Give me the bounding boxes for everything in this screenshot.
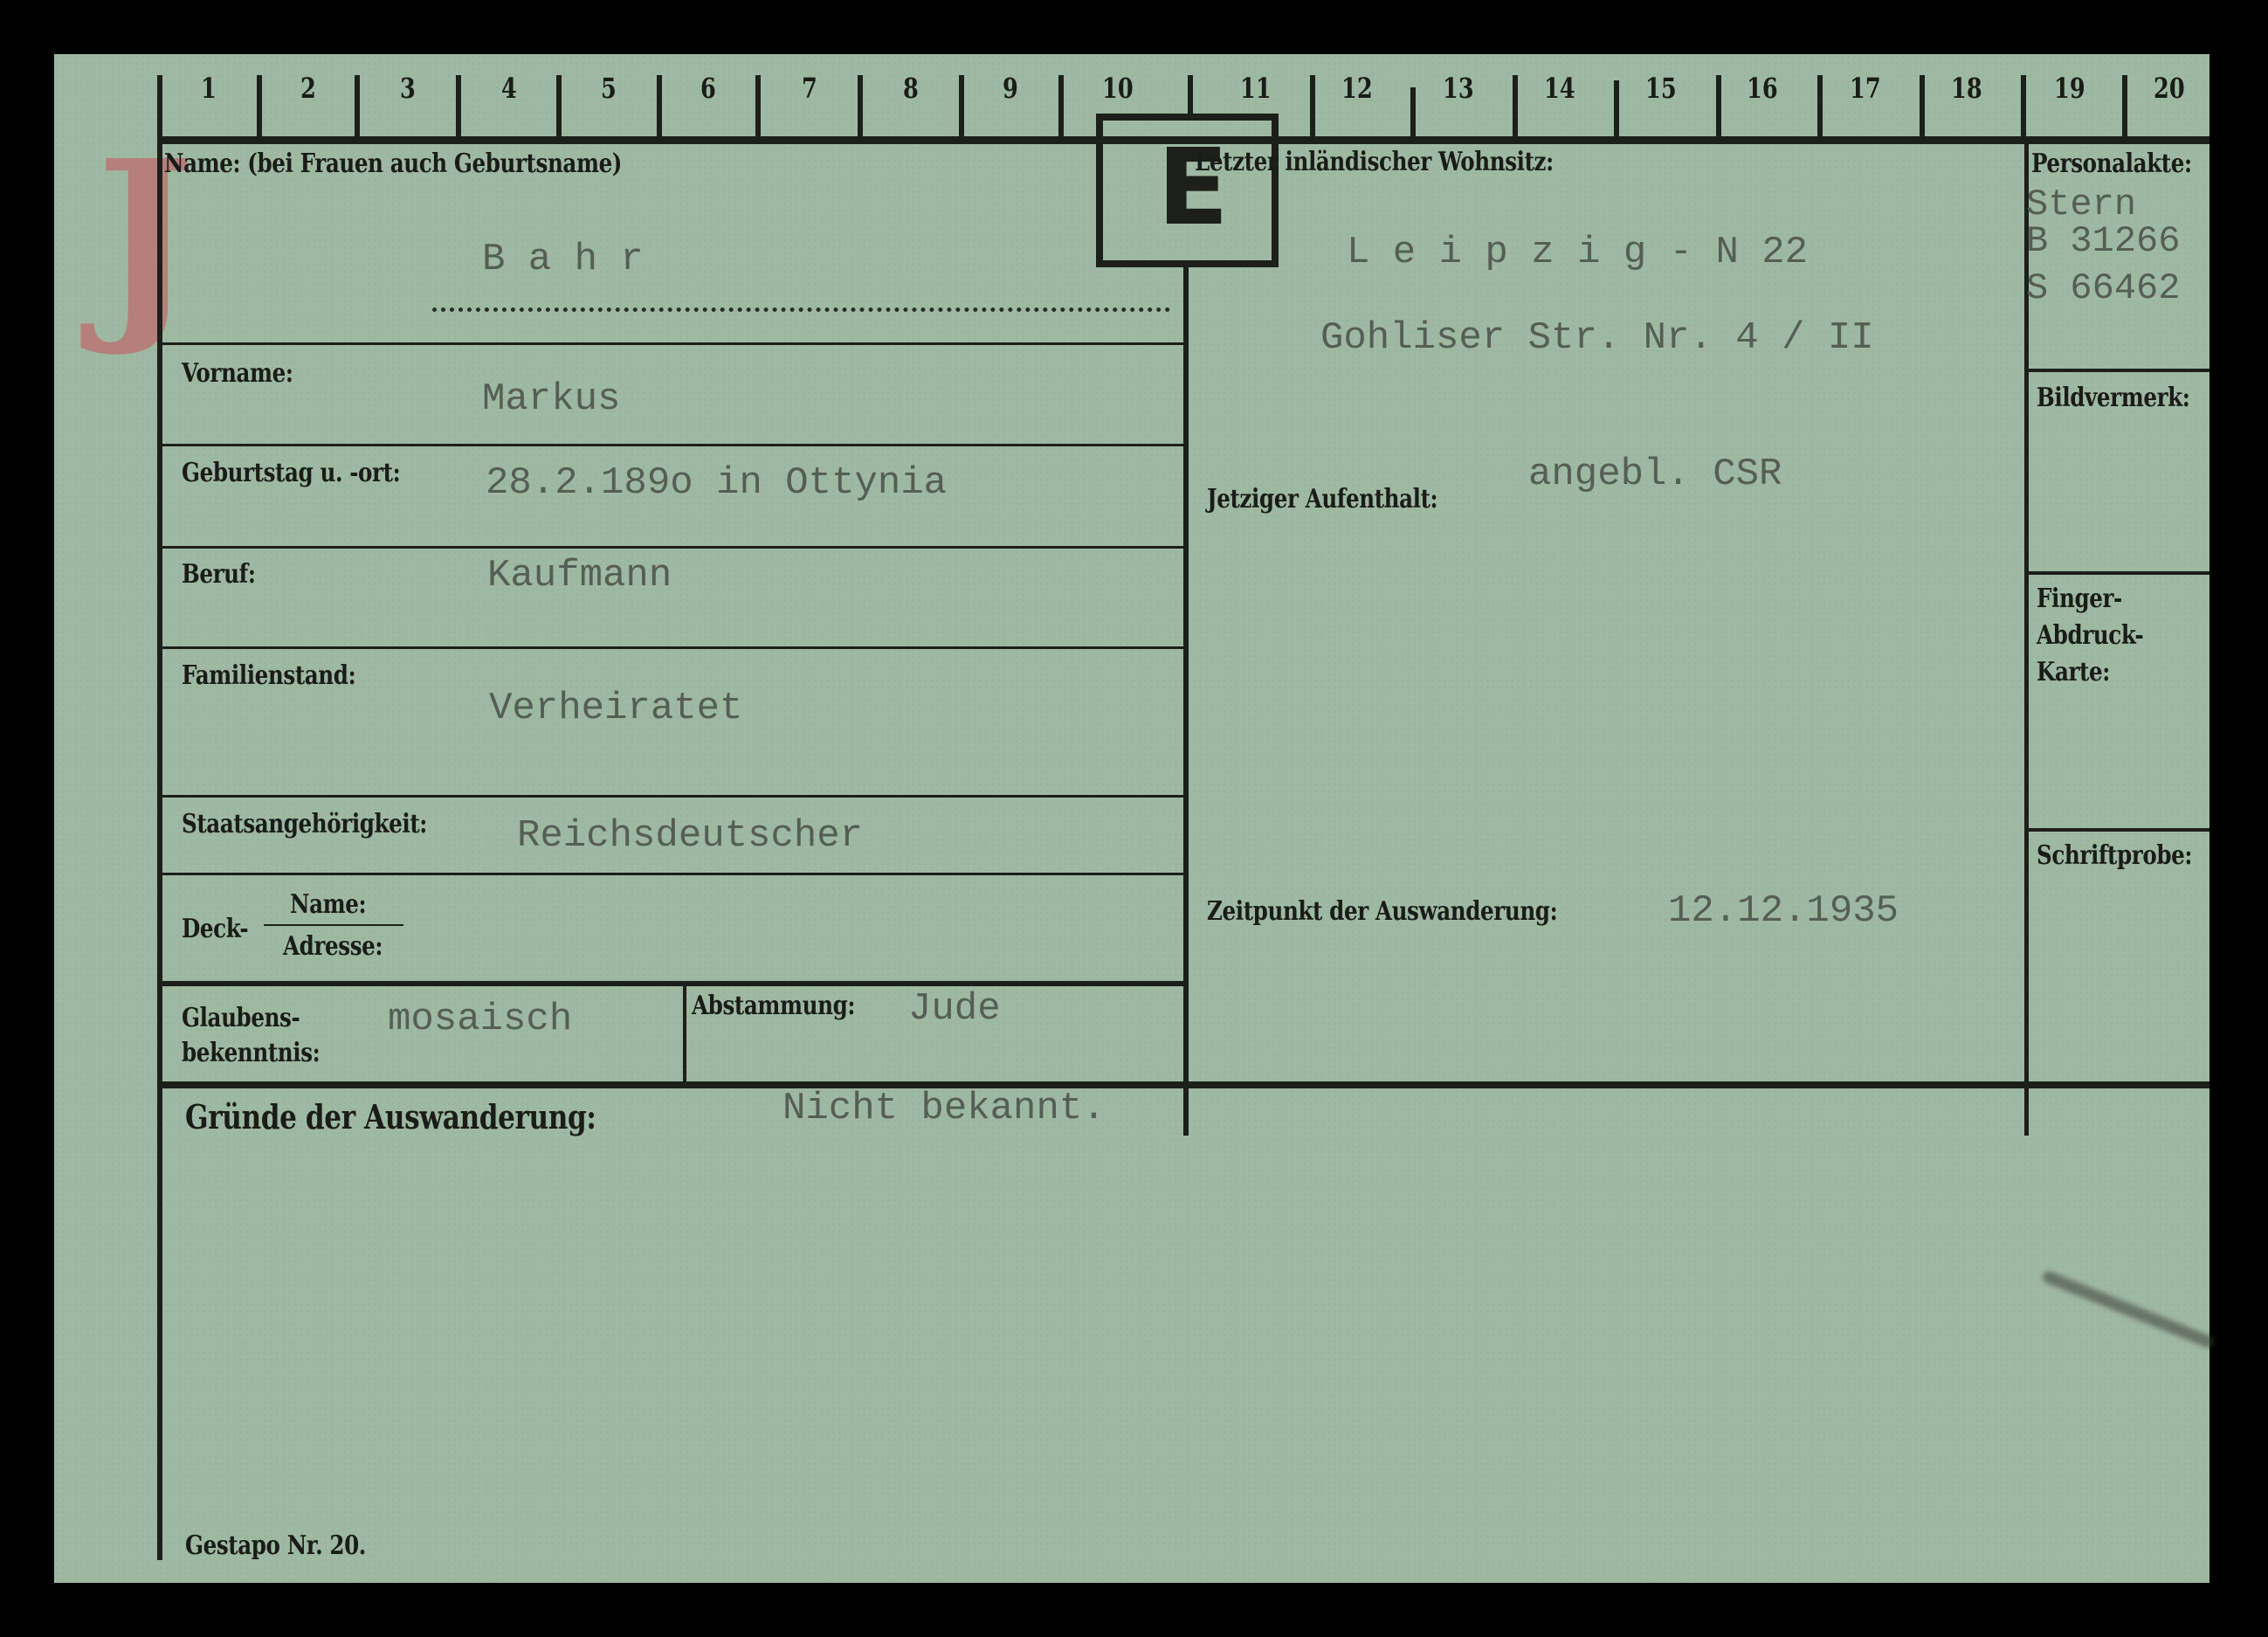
ruler-number: 2 [300, 72, 316, 105]
finger-label-2: Abdruck- [2037, 620, 2143, 651]
wohnsitz-line1: L e i p z i g - N 22 [1347, 231, 1808, 274]
ruler-number: 12 [1341, 72, 1373, 105]
name-label: Name: (bei Frauen auch Geburtsname) [164, 149, 622, 179]
zeitpunkt-value: 12.12.1935 [1668, 889, 1899, 933]
row-divider [162, 873, 1184, 875]
vorname-label: Vorname: [182, 358, 293, 389]
finger-label-3: Karte: [2037, 657, 2110, 687]
ruler-tick [959, 75, 964, 138]
deck-name-label: Name: [290, 889, 366, 920]
ruler-tick [1920, 75, 1925, 138]
geburt-label: Geburtstag u. -ort: [182, 458, 400, 488]
ruler-number: 3 [400, 72, 416, 105]
ruler-number: 7 [802, 72, 817, 105]
familienstand-value: Verheiratet [489, 687, 742, 730]
ink-smudge [2041, 1269, 2216, 1350]
ruler-tick [1058, 75, 1064, 138]
deck-fraction-line [264, 924, 403, 926]
ruler-tick [657, 75, 662, 138]
ruler-tick [355, 75, 360, 138]
ruler-tick [755, 75, 761, 138]
schriftprobe-label: Schriftprobe: [2037, 840, 2192, 871]
ruler-tick [1188, 75, 1193, 114]
name-dotted-line [432, 307, 1170, 312]
abstammung-label: Abstammung: [692, 991, 855, 1021]
ruler-number: 5 [601, 72, 617, 105]
ruler-tick [556, 75, 562, 138]
bildvermerk-label: Bildvermerk: [2037, 383, 2189, 413]
ruler-tick [1310, 75, 1315, 138]
ruler-number: 9 [1003, 72, 1018, 105]
ruler-tick [257, 75, 262, 138]
gruende-label: Gründe der Auswanderung: [185, 1097, 596, 1136]
wohnsitz-label: Letzter inländischer Wohnsitz: [1195, 147, 1554, 177]
religion-divider [683, 984, 686, 1085]
middle-divider [1183, 260, 1189, 1136]
glaubens-label-1: Glaubens- [182, 1003, 300, 1033]
ruler-number: 16 [1747, 72, 1778, 105]
vorname-value: Markus [482, 377, 620, 421]
beruf-value: Kaufmann [487, 554, 672, 597]
index-card: J 1 2 3 4 5 6 7 8 9 10 11 12 13 14 [54, 54, 2209, 1583]
form-number: Gestapo Nr. 20. [185, 1530, 366, 1561]
row-divider [162, 546, 1184, 549]
name-value: B a h r [482, 238, 644, 281]
ruler-number: 18 [1951, 72, 1982, 105]
ruler-tick [456, 75, 461, 138]
ruler-number: 4 [501, 72, 517, 105]
personalakte-line: Stern [2026, 183, 2136, 225]
row-divider-thick [162, 981, 1184, 986]
left-border [157, 75, 162, 1560]
category-box: E [1096, 114, 1279, 267]
sidebar-divider [2028, 828, 2209, 832]
ruler-tick [1410, 87, 1416, 138]
gruende-value: Nicht bekannt. [782, 1087, 1106, 1130]
beruf-label: Beruf: [182, 559, 255, 590]
row-divider [162, 444, 1184, 446]
sidebar-divider [2028, 369, 2209, 372]
personalakte-label: Personalakte: [2031, 149, 2192, 179]
aufenthalt-value: angebl. CSR [1528, 452, 1782, 496]
row-divider [162, 795, 1184, 798]
ruler-tick [1716, 75, 1721, 138]
ruler-number: 1 [201, 72, 217, 105]
ruler-tick [858, 75, 863, 138]
familienstand-label: Familienstand: [182, 660, 355, 691]
glaubens-value: mosaisch [388, 998, 572, 1041]
ruler-number: 11 [1240, 72, 1272, 105]
geburt-value: 28.2.189o in Ottynia [486, 461, 947, 505]
ruler-number: 13 [1443, 72, 1474, 105]
ruler-tick [1513, 75, 1518, 138]
ruler-tick [2021, 75, 2026, 138]
zeitpunkt-label: Zeitpunkt der Auswanderung: [1207, 896, 1557, 927]
personalakte-line: B 31266 [2026, 220, 2180, 262]
deck-adresse-label: Adresse: [283, 931, 383, 962]
deck-label: Deck- [182, 914, 248, 944]
aufenthalt-label: Jetziger Aufenthalt: [1207, 484, 1437, 515]
ruler-tick [2122, 75, 2127, 138]
ruler-number: 8 [903, 72, 919, 105]
ruler-number: 6 [700, 72, 716, 105]
row-divider [162, 646, 1184, 649]
staatsangehoerigkeit-value: Reichsdeutscher [517, 814, 863, 858]
ruler-number: 17 [1850, 72, 1881, 105]
glaubens-label-2: bekenntnis: [182, 1038, 320, 1068]
ruler-number: 20 [2154, 72, 2185, 105]
ruler-tick [1817, 75, 1823, 138]
ruler-number: 14 [1544, 72, 1575, 105]
finger-label-1: Finger- [2037, 584, 2122, 614]
personalakte-line: S 66462 [2026, 267, 2180, 309]
ruler-tick [1614, 80, 1619, 138]
sidebar-divider [2028, 571, 2209, 575]
ruler-number: 10 [1102, 72, 1134, 105]
wohnsitz-line2: Gohliser Str. Nr. 4 / II [1320, 316, 1874, 360]
staatsangehoerigkeit-label: Staatsangehörigkeit: [182, 809, 427, 839]
abstammung-value: Jude [908, 987, 1001, 1031]
row-divider [162, 342, 1184, 345]
ruler-number: 15 [1645, 72, 1677, 105]
ruler-number: 19 [2054, 72, 2085, 105]
bottom-rule [157, 1081, 2209, 1088]
